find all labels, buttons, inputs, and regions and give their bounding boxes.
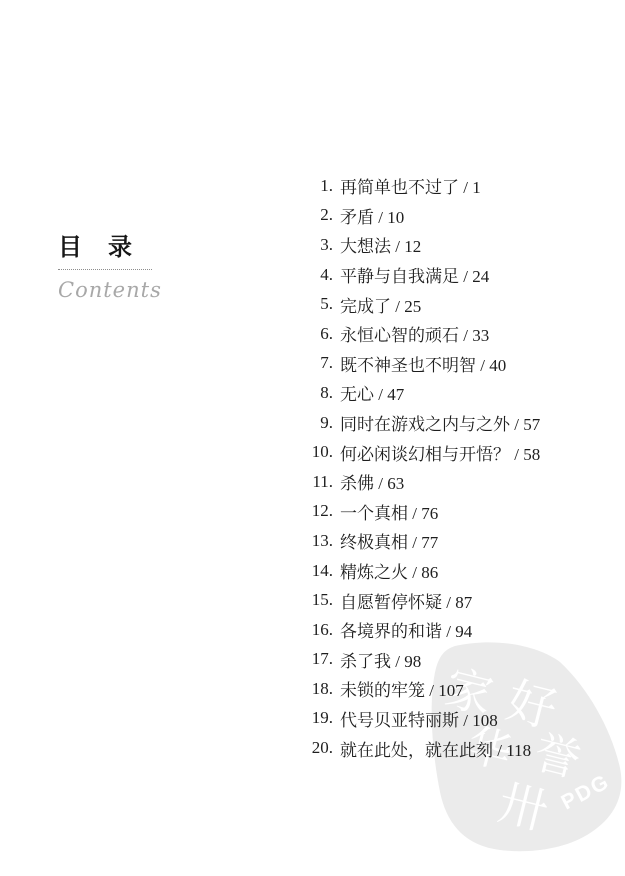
toc-item: 6. 永恒心智的顽石 / 33 [304,319,540,349]
toc-item: 13. 终极真相 / 77 [304,526,540,556]
toc-item: 11. 杀佛 / 63 [304,467,540,497]
toc-item-label: 矛盾 / 10 [340,203,404,228]
toc-item: 19. 代号贝亚特丽斯 / 108 [304,704,540,734]
toc-item-label: 杀了我 / 98 [340,647,421,672]
toc-item: 5. 完成了 / 25 [304,289,540,319]
toc-item-label: 各境界的和谐 / 94 [340,617,472,642]
toc-item-number: 11. [304,472,333,492]
toc-item-number: 6. [304,324,333,344]
toc-item: 18. 未锁的牢笼 / 107 [304,674,540,704]
toc-item: 9. 同时在游戏之内与之外 / 57 [304,408,540,438]
toc-item: 3. 大想法 / 12 [304,230,540,260]
toc-title-block: 目 录 Contents [58,234,158,302]
toc-item: 1. 再简单也不过了 / 1 [304,171,540,201]
toc-subtitle: Contents [58,278,158,302]
toc-list: 1. 再简单也不过了 / 1 2. 矛盾 / 10 3. 大想法 / 12 4.… [304,171,540,763]
toc-item-label: 平静与自我满足 / 24 [340,262,489,287]
toc-item: 16. 各境界的和谐 / 94 [304,615,540,645]
toc-item: 20. 就在此处，就在此刻 / 118 [304,733,540,763]
toc-item-number: 2. [304,205,333,225]
toc-item: 12. 一个真相 / 76 [304,497,540,527]
toc-item-number: 13. [304,531,333,551]
toc-page: 家 好 华 誉 卅 PDG 目 录 Contents 1. 再简单也不过了 / … [0,0,625,876]
toc-item-label: 既不神圣也不明智 / 40 [340,351,506,376]
toc-item-label: 就在此处，就在此刻 / 118 [340,736,531,761]
toc-item-label: 终极真相 / 77 [340,528,438,553]
toc-item-number: 1. [304,176,333,196]
toc-item-label: 同时在游戏之内与之外 / 57 [340,410,540,435]
toc-item-label: 无心 / 47 [340,380,404,405]
toc-item-number: 8. [304,383,333,403]
toc-item-number: 9. [304,413,333,433]
toc-item-number: 12. [304,501,333,521]
toc-item-number: 17. [304,649,333,669]
toc-item: 8. 无心 / 47 [304,378,540,408]
toc-item-number: 10. [304,442,333,462]
toc-item-number: 5. [304,294,333,314]
title-divider [58,269,152,270]
toc-item: 10. 何必闲谈幻相与开悟？ / 58 [304,437,540,467]
toc-item: 7. 既不神圣也不明智 / 40 [304,349,540,379]
toc-item-label: 永恒心智的顽石 / 33 [340,321,489,346]
toc-item-number: 7. [304,353,333,373]
toc-item-number: 15. [304,590,333,610]
toc-item-label: 杀佛 / 63 [340,469,404,494]
toc-item-label: 何必闲谈幻相与开悟？ / 58 [340,440,540,465]
toc-item-label: 未锁的牢笼 / 107 [340,676,464,701]
toc-title: 目 录 [58,234,158,260]
toc-item: 4. 平静与自我满足 / 24 [304,260,540,290]
toc-item-label: 代号贝亚特丽斯 / 108 [340,706,498,731]
toc-item-number: 16. [304,620,333,640]
toc-item: 17. 杀了我 / 98 [304,645,540,675]
toc-item-number: 18. [304,679,333,699]
toc-item: 14. 精炼之火 / 86 [304,556,540,586]
toc-item-number: 4. [304,265,333,285]
toc-item-label: 一个真相 / 76 [340,499,438,524]
toc-item-number: 20. [304,738,333,758]
toc-item: 2. 矛盾 / 10 [304,201,540,231]
toc-item: 15. 自愿暂停怀疑 / 87 [304,585,540,615]
toc-item-label: 自愿暂停怀疑 / 87 [340,588,472,613]
toc-item-label: 完成了 / 25 [340,292,421,317]
toc-item-label: 再简单也不过了 / 1 [340,173,481,198]
toc-item-number: 14. [304,561,333,581]
toc-item-number: 3. [304,235,333,255]
toc-item-number: 19. [304,708,333,728]
toc-item-label: 大想法 / 12 [340,232,421,257]
toc-item-label: 精炼之火 / 86 [340,558,438,583]
